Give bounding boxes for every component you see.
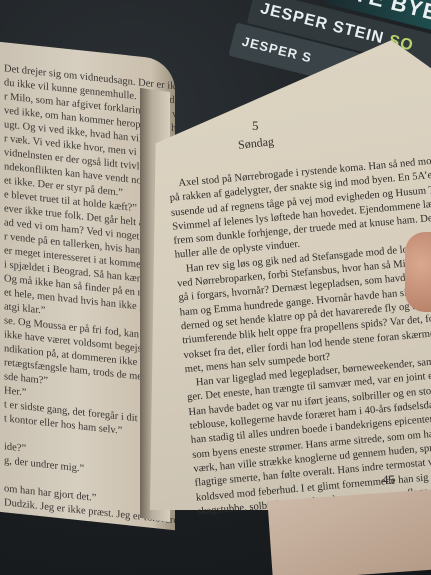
sleeve [267,489,431,575]
page-number: 45 [382,472,395,488]
right-page-text: Axel stod på Nørrebrogade i rystende kom… [168,156,431,520]
spine-author-fragment: JESPER S [240,34,313,66]
chapter-number: 5 [252,118,259,134]
thumb [405,232,431,312]
